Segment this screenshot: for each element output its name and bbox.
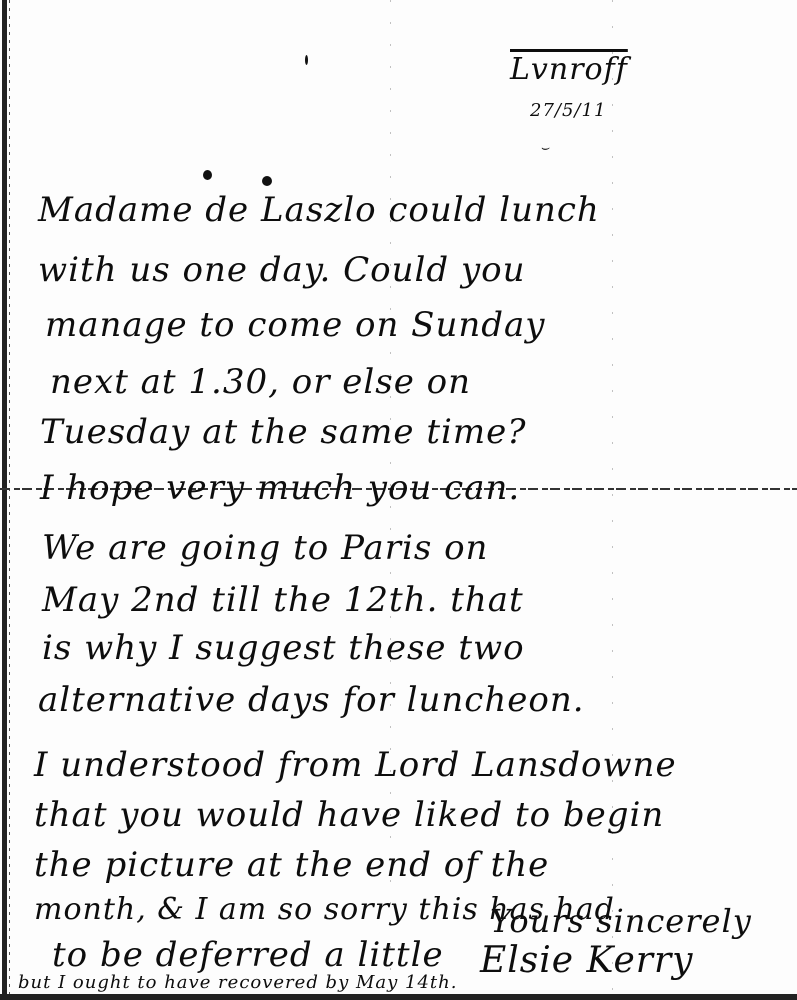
letter-line: I hope very much you can. — [40, 468, 520, 508]
letter-line: that you would have liked to begin — [34, 795, 664, 835]
letter-closing: Yours sincerely — [490, 902, 752, 940]
ink-blot — [262, 176, 272, 186]
letter-line: Tuesday at the same time? — [40, 412, 526, 452]
paper-crease — [612, 0, 613, 1000]
letter-line: next at 1.30, or else on — [50, 362, 471, 402]
letter-line: to be deferred a little — [52, 935, 444, 975]
letter-line: with us one day. Could you — [38, 250, 526, 290]
page-left-edge-perforation — [9, 0, 10, 1000]
header-place-mark: Lvnroff — [510, 52, 628, 87]
page-left-edge — [2, 0, 7, 1000]
letter-line: alternative days for luncheon. — [38, 680, 585, 720]
letter-line: I understood from Lord Lansdowne — [34, 745, 677, 785]
letter-line: is why I suggest these two — [42, 628, 525, 668]
ink-mark — [305, 55, 308, 65]
letter-line: We are going to Paris on — [42, 528, 488, 568]
letter-signature: Elsie Kerry — [480, 940, 694, 981]
header-tick-mark: ⌣ — [540, 140, 550, 156]
header-date-note: 27/5/11 — [530, 100, 606, 121]
letter-line: May 2nd till the 12th. that — [42, 580, 524, 620]
letter-line: manage to come on Sunday — [45, 305, 546, 345]
letter-line: the picture at the end of the — [34, 845, 549, 885]
letter-page: Lvnroff 27/5/11 ⌣ Madame de Laszlo could… — [0, 0, 797, 1000]
letter-postscript-line: but I ought to have recovered by May 14t… — [18, 972, 457, 993]
page-bottom-edge — [0, 994, 797, 1000]
ink-blot — [203, 170, 212, 180]
letter-line: Madame de Laszlo could lunch — [38, 190, 600, 230]
